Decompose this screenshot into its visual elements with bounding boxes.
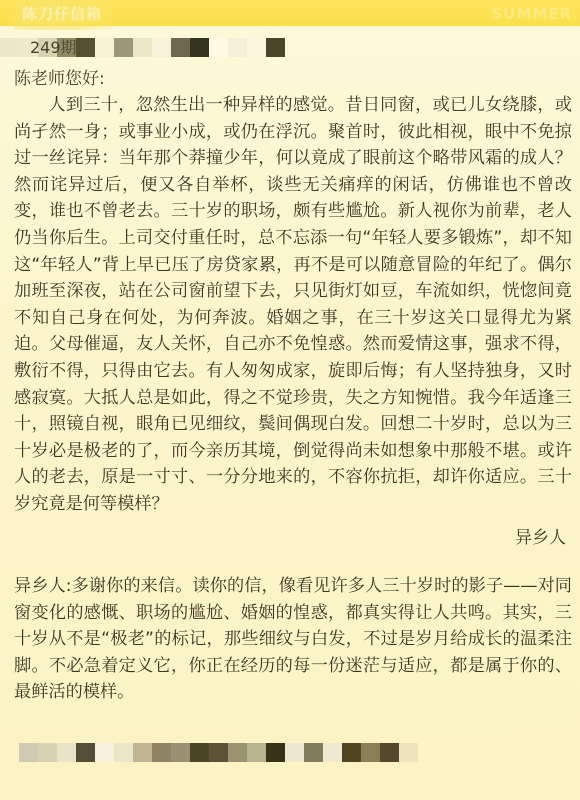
column-title: 陈刀仔信箱 bbox=[22, 3, 102, 24]
mosaic-cell bbox=[76, 38, 95, 57]
mosaic-cell bbox=[152, 743, 171, 762]
mosaic-cell bbox=[247, 743, 266, 762]
issue-number: 249期 bbox=[30, 38, 77, 57]
reply-body: 异乡人:多谢你的来信。读你的信，像看见许多人三十岁时的影子——对同窗变化的感慨、… bbox=[14, 573, 572, 706]
pixelated-mosaic-bottom bbox=[19, 743, 418, 762]
brand-watermark: SUMMER bbox=[491, 5, 572, 23]
mosaic-cell bbox=[266, 743, 285, 762]
mosaic-cell bbox=[57, 743, 76, 762]
mosaic-cell bbox=[342, 743, 361, 762]
mosaic-cell bbox=[266, 38, 285, 57]
mosaic-cell bbox=[228, 743, 247, 762]
mosaic-cell bbox=[209, 743, 228, 762]
mosaic-cell bbox=[361, 743, 380, 762]
mosaic-cell bbox=[380, 743, 399, 762]
mosaic-cell bbox=[190, 38, 209, 57]
mosaic-cell bbox=[133, 743, 152, 762]
mosaic-cell bbox=[399, 743, 418, 762]
mosaic-cell bbox=[228, 38, 247, 57]
mosaic-cell bbox=[0, 38, 19, 57]
mosaic-cell bbox=[133, 38, 152, 57]
mosaic-cell bbox=[209, 38, 228, 57]
mosaic-cell bbox=[190, 743, 209, 762]
mosaic-cell bbox=[114, 38, 133, 57]
letter-body: 人到三十，忽然生出一种异样的感觉。昔日同窗，或已儿女绕膝，或尚孑然一身；或事业小… bbox=[14, 92, 572, 518]
mosaic-cell bbox=[19, 743, 38, 762]
mosaic-cell bbox=[76, 743, 95, 762]
mosaic-cell bbox=[95, 38, 114, 57]
mosaic-cell bbox=[38, 743, 57, 762]
mosaic-cell bbox=[304, 743, 323, 762]
mosaic-cell bbox=[323, 743, 342, 762]
letter-greeting: 陈老师您好: bbox=[14, 64, 105, 89]
mosaic-cell bbox=[95, 743, 114, 762]
mosaic-cell bbox=[285, 743, 304, 762]
mosaic-cell bbox=[171, 743, 190, 762]
letter-signature: 异乡人 bbox=[515, 523, 566, 548]
mosaic-cell bbox=[152, 38, 171, 57]
mosaic-cell bbox=[114, 743, 133, 762]
mosaic-cell bbox=[171, 38, 190, 57]
mosaic-cell bbox=[247, 38, 266, 57]
